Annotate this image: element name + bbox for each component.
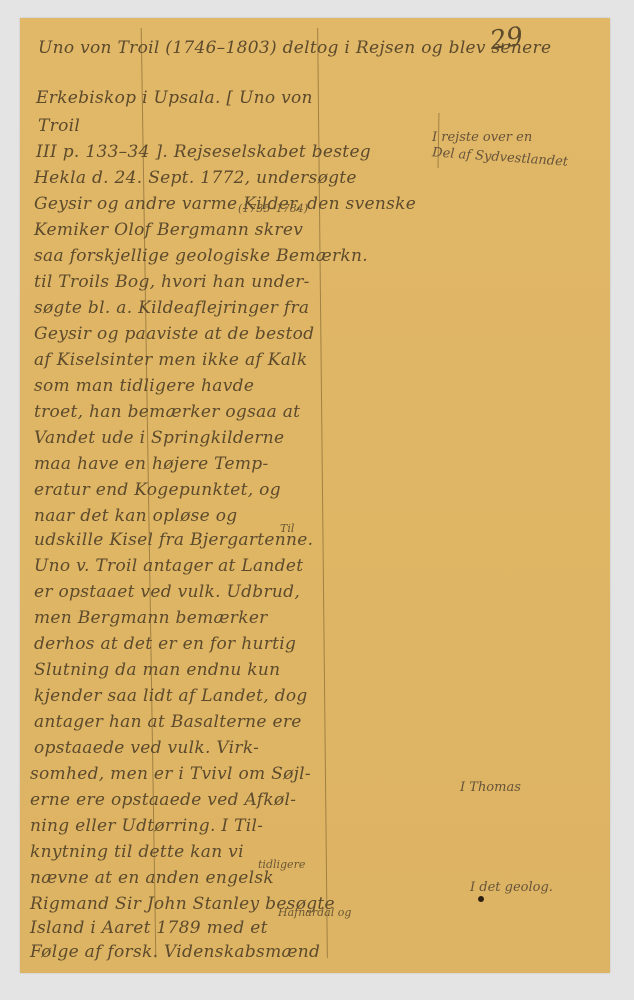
text-line: er opstaaet ved vulk. Udbrud, [34,582,300,602]
text-line: Island i Aaret 1789 med et [30,918,268,938]
text-line: kjender saa lidt af Landet, dog [34,686,308,706]
text-line: erne ere opstaaede ved Afkøl- [30,790,296,810]
margin-note: I Thomas [460,780,521,795]
margin-note: Del af Sydvestlandet [432,145,569,169]
text-line: Uno von Troil (1746–1803) deltog i Rejse… [38,38,551,58]
text-line: opstaaede ved vulk. Virk- [34,738,259,758]
text-line: Kemiker Olof Bergmann skrev [34,220,303,240]
text-line: til Troils Bog, hvori han under- [34,272,310,292]
margin-note: I rejste over en [432,130,532,145]
text-line: naar det kan opløse og [34,506,237,526]
text-line: somhed, men er i Tvivl om Søjl- [30,764,311,784]
text-line: ning eller Udtørring. I Til- [30,816,263,836]
ink-dot [478,896,484,902]
text-line: Hekla d. 24. Sept. 1772, undersøgte [34,168,357,188]
text-line: eratur end Kogepunktet, og [34,480,281,500]
text-line: Geysir og paaviste at de bestod [34,324,314,344]
text-line: saa forskjellige geologiske Bemærkn. [34,246,368,266]
text-line: Vandet ude i Springkilderne [34,428,284,448]
interlinear-note: Til [280,522,294,535]
manuscript-page: 29 Uno von Troil (1746–1803) deltog i Re… [20,18,610,973]
text-line: Erkebiskop i Upsala. [ Uno von [36,88,313,108]
text-line: troet, han bemærker ogsaa at [34,402,300,422]
text-line: Troil [38,116,80,136]
text-line: af Kiselsinter men ikke af Kalk [34,350,307,370]
interlinear-note: tidligere [258,858,305,871]
text-line: Slutning da man endnu kun [34,660,280,680]
text-line: nævne at en anden engelsk [30,868,274,888]
text-line: derhos at det er en for hurtig [34,634,296,654]
margin-note: I det geolog. [470,880,553,895]
text-line: Følge af forsk. Videnskabsmænd [30,942,320,962]
text-line: men Bergmann bemærker [34,608,268,628]
text-line: antager han at Basalterne ere [34,712,302,732]
text-line: III p. 133–34 ]. Rejseselskabet besteg [36,142,371,162]
text-line: søgte bl. a. Kildeaflejringer fra [34,298,309,318]
interlinear-note: (1735–1784) [238,202,308,215]
text-line: knytning til dette kan vi [30,842,244,862]
text-line: maa have en højere Temp- [34,454,269,474]
text-line: Geysir og andre varme Kilder, den svensk… [34,194,416,214]
interlinear-note: Hafnardal og [278,906,351,919]
text-line: udskille Kisel fra Bjergartenne. [34,530,313,550]
text-line: som man tidligere havde [34,376,254,396]
text-line: Uno v. Troil antager at Landet [34,556,303,576]
